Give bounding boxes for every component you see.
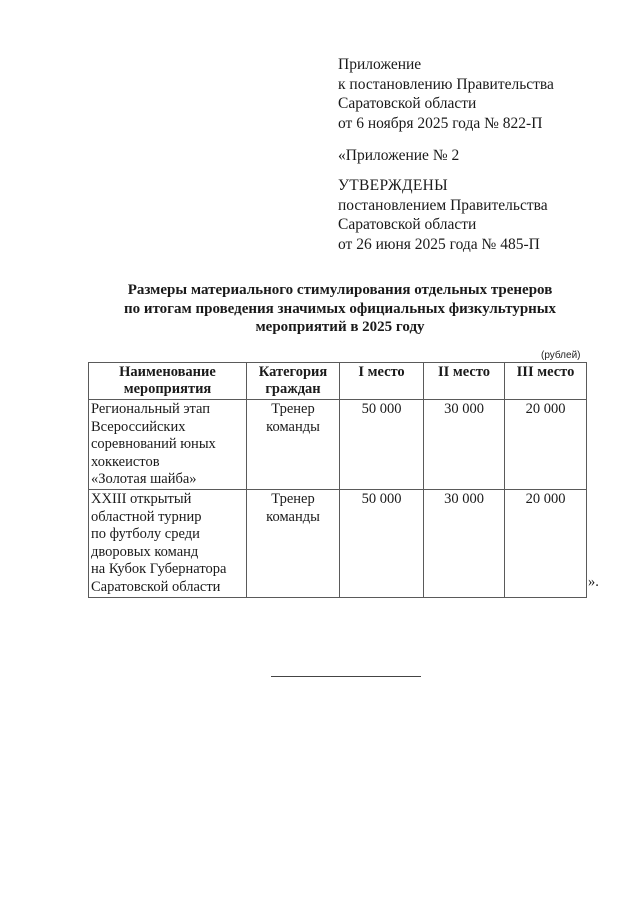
- header-second-place: II место: [424, 363, 505, 400]
- header-event-name: Наименование мероприятия: [89, 363, 247, 400]
- second-place-cell: 30 000: [424, 400, 505, 490]
- approved-line: постановлением Правительства: [338, 196, 548, 216]
- approved-line: Саратовской области: [338, 215, 548, 235]
- table-row: Региональный этап Всероссийских соревнов…: [89, 400, 587, 490]
- units-label: (рублей): [541, 350, 580, 361]
- second-place-cell: 30 000: [424, 489, 505, 597]
- header-third-place: III место: [505, 363, 587, 400]
- annex-line: Саратовской области: [338, 94, 554, 114]
- document-page: Приложение к постановлению Правительства…: [0, 0, 640, 905]
- closing-quote-mark: ».: [588, 574, 599, 591]
- category-cell: Тренер команды: [247, 400, 340, 490]
- approved-title: УТВЕРЖДЕНЫ: [338, 176, 548, 196]
- table-header-row: Наименование мероприятия Категория гражд…: [89, 363, 587, 400]
- approved-block: УТВЕРЖДЕНЫ постановлением Правительства …: [338, 176, 548, 254]
- title-line: мероприятий в 2025 году: [90, 318, 590, 337]
- annex-line: от 6 ноября 2025 года № 822-П: [338, 114, 554, 134]
- footer-divider: [271, 676, 421, 677]
- third-place-cell: 20 000: [505, 489, 587, 597]
- third-place-cell: 20 000: [505, 400, 587, 490]
- category-cell: Тренер команды: [247, 489, 340, 597]
- rewards-table: Наименование мероприятия Категория гражд…: [88, 362, 587, 598]
- approved-line: от 26 июня 2025 года № 485-П: [338, 235, 548, 255]
- annex-reference: «Приложение № 2: [338, 146, 459, 166]
- event-name-cell: XXIII открытый областной турнир по футбо…: [89, 489, 247, 597]
- title-line: по итогам проведения значимых официальны…: [90, 300, 590, 319]
- annex-line: к постановлению Правительства: [338, 75, 554, 95]
- annex-header: Приложение к постановлению Правительства…: [338, 55, 554, 133]
- header-first-place: I место: [340, 363, 424, 400]
- event-name-cell: Региональный этап Всероссийских соревнов…: [89, 400, 247, 490]
- title-line: Размеры материального стимулирования отд…: [90, 281, 590, 300]
- first-place-cell: 50 000: [340, 400, 424, 490]
- annex-reference-text: «Приложение № 2: [338, 146, 459, 166]
- table-row: XXIII открытый областной турнир по футбо…: [89, 489, 587, 597]
- header-category: Категория граждан: [247, 363, 340, 400]
- first-place-cell: 50 000: [340, 489, 424, 597]
- annex-line: Приложение: [338, 55, 554, 75]
- document-title: Размеры материального стимулирования отд…: [90, 281, 590, 337]
